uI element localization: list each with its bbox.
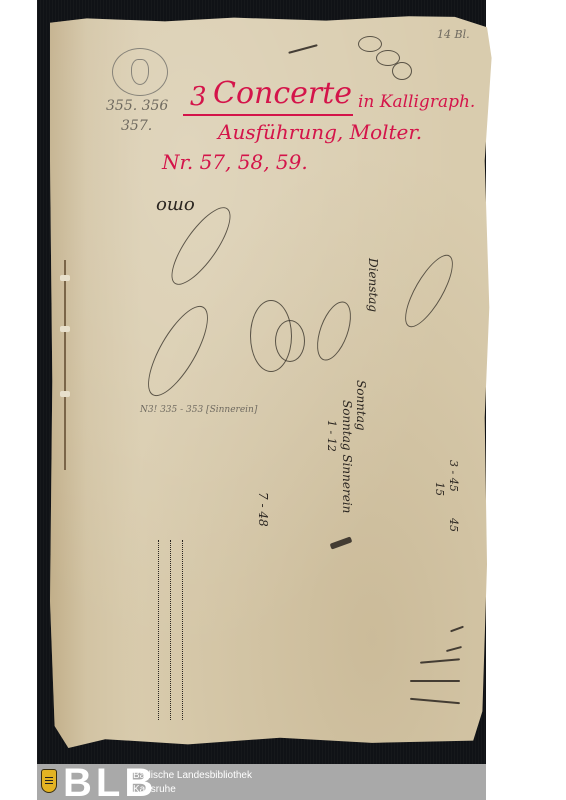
library-footer: BLB Badische Landesbibliothek Karlsruhe bbox=[37, 764, 486, 800]
library-city: Karlsruhe bbox=[133, 783, 176, 796]
flourish bbox=[358, 36, 382, 52]
baden-crest-icon bbox=[41, 769, 57, 793]
script-column bbox=[158, 540, 163, 720]
shelf-numbers-2: 357. bbox=[121, 118, 152, 134]
binding-stitch bbox=[60, 391, 70, 397]
shelf-numbers: 355. 356 bbox=[106, 98, 168, 114]
library-stamp bbox=[112, 48, 168, 96]
side-annotation: Dienstag bbox=[366, 258, 380, 312]
binding-stitch bbox=[60, 326, 70, 332]
calligraphy-loop bbox=[275, 320, 305, 362]
arithmetic: 45 bbox=[447, 518, 460, 532]
side-annotation: Sonntag Sinnerein bbox=[340, 400, 354, 513]
side-annotation: Sonntag bbox=[354, 380, 368, 431]
title-underline bbox=[183, 114, 353, 116]
script-column bbox=[170, 540, 175, 720]
title-main: Concerte bbox=[213, 76, 352, 111]
folio-count: 14 Bl. bbox=[437, 28, 470, 41]
pen-stroke bbox=[410, 680, 460, 682]
calligraphy-word: omo bbox=[156, 196, 195, 217]
library-name: Badische Landesbibliothek bbox=[133, 769, 252, 782]
title-number: 3 bbox=[190, 82, 207, 112]
side-annotation: 1 - 12 bbox=[325, 420, 338, 452]
script-column bbox=[182, 540, 187, 720]
flourish bbox=[392, 62, 412, 80]
catalogue-note: N3! 335 - 353 [Sinnerein] bbox=[140, 405, 257, 415]
title-suffix: in Kalligraph. bbox=[358, 92, 475, 112]
stamp-crest-icon bbox=[131, 59, 149, 85]
binding-thread bbox=[64, 260, 66, 470]
arithmetic: 15 bbox=[433, 482, 446, 496]
title-line-3: Nr. 57, 58, 59. bbox=[162, 150, 308, 174]
title-line-2: Ausführung, Molter. bbox=[218, 120, 422, 144]
arithmetic: 3 - 45 bbox=[447, 460, 460, 492]
arithmetic: 7 - 48 bbox=[256, 492, 270, 527]
binding-stitch bbox=[60, 275, 70, 281]
